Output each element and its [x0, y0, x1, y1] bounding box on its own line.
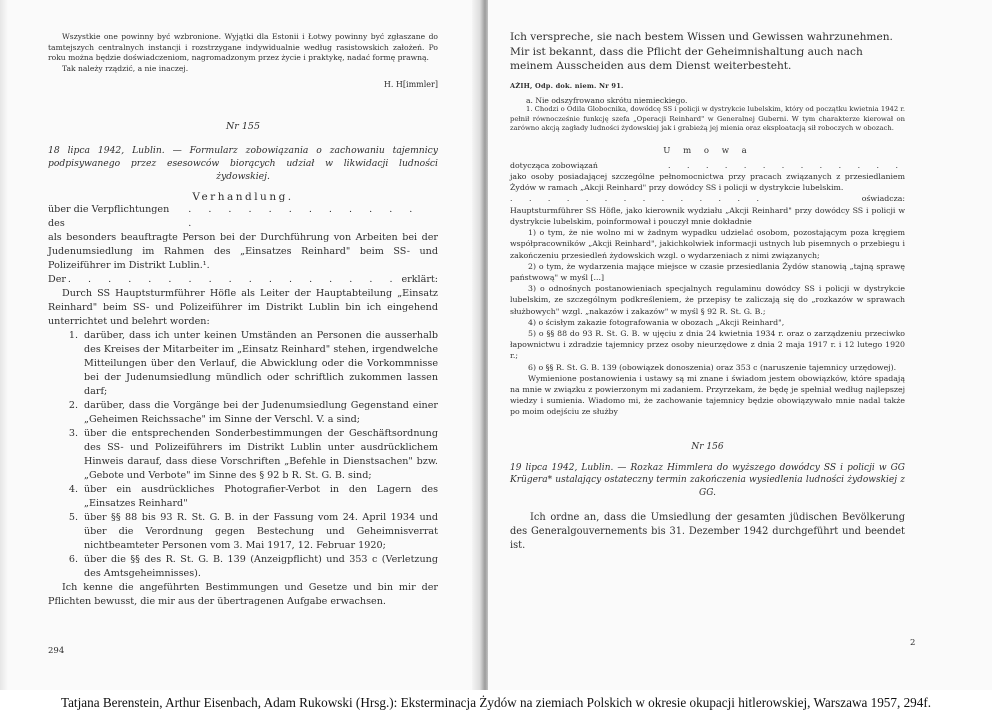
intro-paragraph: als besonders beauftragte Person bei der…	[48, 231, 438, 273]
list-item: 6) o §§ R. St. G. B. 139 (obowiązek dono…	[510, 362, 905, 373]
item-number: 6.	[48, 553, 84, 581]
page-number: 2	[910, 638, 915, 648]
list-item: 4) o ścisłym zakazie fotografowania w ob…	[510, 317, 905, 328]
source-reference: AŻIH, Odp. dok. niem. Nr 91.	[510, 82, 905, 90]
list-item: 1.darüber, dass ich unter keinen Umständ…	[48, 329, 438, 399]
obligations-line: dotycząca zobowiązań . . . . . . . . . .…	[510, 160, 905, 171]
right-page: Ich verspreche, sie nach bestem Wissen u…	[488, 0, 992, 690]
page-number: 294	[48, 646, 64, 656]
item-number: 2.	[48, 399, 84, 427]
agreement-closing: Wymienione postanowienia i ustawy są mi …	[510, 373, 905, 418]
item-number: 1.	[48, 329, 84, 399]
left-page-content: Wszystkie one powinny być wzbronione. Wy…	[48, 32, 438, 609]
obligations-label: dotycząca zobowiązań	[510, 160, 598, 171]
item-text: über §§ 88 bis 93 R. St. G. B. in der Fa…	[84, 511, 438, 553]
blank-dots: . . . . . . . . . . . . . .	[510, 193, 766, 204]
list-item: 5.über §§ 88 bis 93 R. St. G. B. in der …	[48, 511, 438, 553]
signature: H. H[immler]	[48, 80, 438, 89]
list-item: 4.über ein ausdrückliches Photografier-V…	[48, 483, 438, 511]
closing-line: Tak należy rządzić, a nie inaczej.	[48, 64, 438, 75]
agreement-title: U m o w a	[510, 146, 905, 156]
item-number: 5.	[48, 511, 84, 553]
list-item: 2.darüber, dass die Vorgänge bei der Jud…	[48, 399, 438, 427]
book-spread: Wszystkie one powinny być wzbronione. Wy…	[0, 0, 992, 690]
left-page: Wszystkie one powinny być wzbronione. Wy…	[0, 0, 480, 690]
agreement-intro: jako osoby posiadającej szczególne pełno…	[510, 171, 905, 193]
declarant-line: Der . . . . . . . . . . . . . . . . . er…	[48, 273, 438, 287]
item-text: über ein ausdrückliches Photografier-Ver…	[84, 483, 438, 511]
document-title: Verhandlung.	[48, 191, 438, 203]
declarant-label: Der	[48, 273, 66, 287]
durch-paragraph: Durch SS Hauptsturmführer Höfle als Leit…	[48, 287, 438, 329]
list-item: 5) o §§ 88 do 93 R. St. G. B. w ujęciu z…	[510, 328, 905, 362]
list-item: 3) o odnośnych postanowieniach specjalny…	[510, 283, 905, 317]
declares-label: oświadcza:	[862, 193, 905, 204]
order-paragraph: Ich ordne an, dass die Umsiedlung der ge…	[510, 511, 905, 553]
document-number: Nr 156	[510, 442, 905, 452]
list-item: 1) o tym, że nie wolno mi w żadnym wypad…	[510, 227, 905, 261]
list-item: 2) o tym, że wydarzenia mające miejsce w…	[510, 261, 905, 283]
blank-dots: . . . . . . . . . . . . . . . . .	[68, 273, 400, 287]
item-number: 4.	[48, 483, 84, 511]
document-number: Nr 155	[48, 121, 438, 132]
obligations-list: 1.darüber, dass ich unter keinen Umständ…	[48, 329, 438, 581]
list-item: 6.über die §§ des R. St. G. B. 139 (Anze…	[48, 553, 438, 581]
list-item: 3.über die entsprechenden Sonderbestimmu…	[48, 427, 438, 483]
declarant-line: . . . . . . . . . . . . . . oświadcza:	[510, 193, 905, 204]
obligations-label: über die Verpflichtungen des	[48, 203, 188, 231]
agreement-hofle-paragraph: Hauptsturmführer SS Höfle, jako kierowni…	[510, 205, 905, 227]
item-text: darüber, dass ich unter keinen Umständen…	[84, 329, 438, 399]
blank-dots: . . . . . . . . . . . . .	[668, 160, 905, 171]
item-text: über die §§ des R. St. G. B. 139 (Anzeig…	[84, 553, 438, 581]
footnote-a: a. Nie odszyfrowano skrótu niemieckiego.	[510, 96, 905, 106]
page-edge-shadow	[0, 0, 8, 690]
item-text: darüber, dass die Vorgänge bei der Juden…	[84, 399, 438, 427]
source-caption: Tatjana Berenstein, Arthur Eisenbach, Ad…	[0, 690, 992, 720]
item-number: 3.	[48, 427, 84, 483]
document-heading: 19 lipca 1942, Lublin. — Rozkaz Himmlera…	[510, 462, 905, 500]
item-text: über die entsprechenden Sonderbestimmung…	[84, 427, 438, 483]
right-page-content: Ich verspreche, sie nach bestem Wissen u…	[510, 30, 905, 553]
blank-dots: . . . . . . . . . . . . .	[188, 203, 438, 231]
top-paragraph: Wszystkie one powinny być wzbronione. Wy…	[48, 32, 438, 64]
obligations-line: über die Verpflichtungen des . . . . . .…	[48, 203, 438, 231]
declares-label: erklärt:	[401, 273, 438, 287]
top-paragraph: Ich verspreche, sie nach bestem Wissen u…	[510, 30, 905, 74]
closing-paragraph: Ich kenne die angeführten Bestimmungen u…	[48, 581, 438, 609]
document-heading: 18 lipca 1942, Lublin. — Formularz zobow…	[48, 144, 438, 183]
footnote-1: 1. Chodzi o Odila Globocnika, dowódcę SS…	[510, 105, 905, 134]
